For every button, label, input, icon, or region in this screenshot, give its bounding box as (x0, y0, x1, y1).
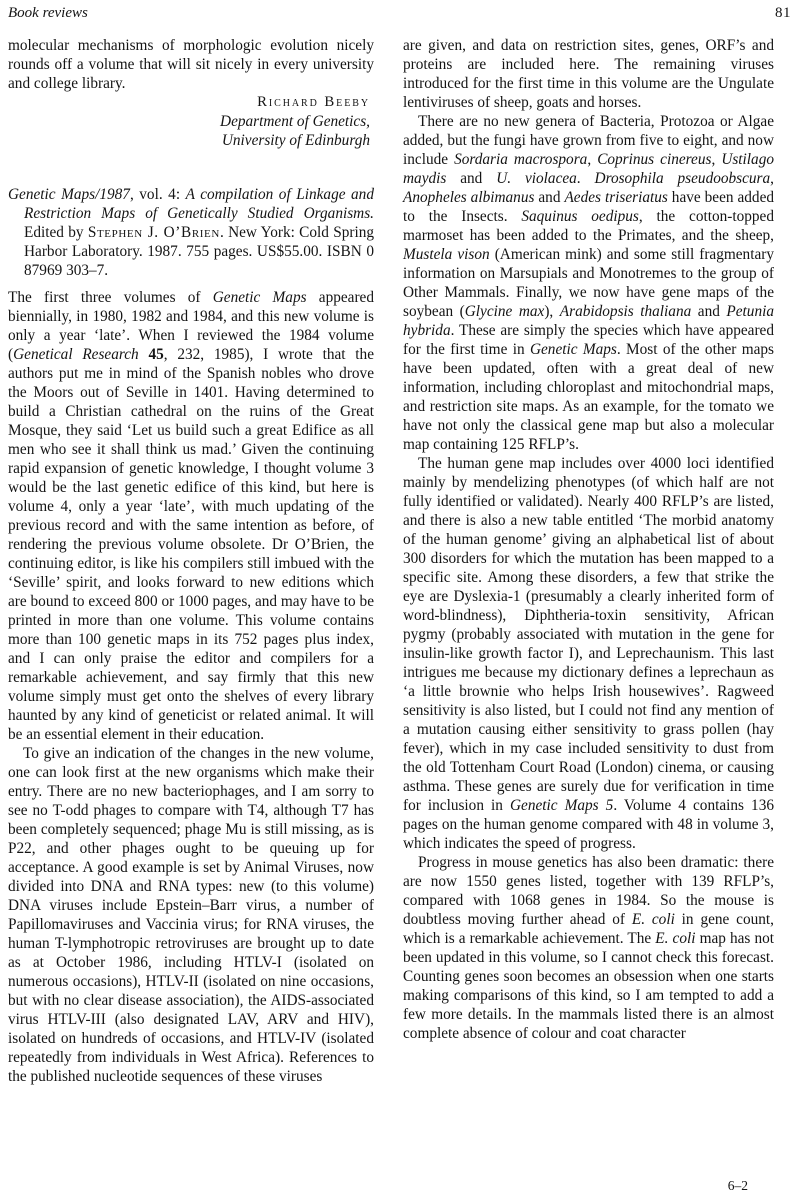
page-header: Book reviews 81 (8, 4, 791, 23)
right-column: are given, and data on restriction sites… (403, 36, 774, 1043)
book-citation: Genetic Maps/1987, vol. 4: A compilation… (8, 185, 374, 280)
reviewer-signature: Richard Beeby Department of Genetics, Un… (8, 93, 374, 150)
journal-page: Book reviews 81 molecular mechanisms of … (0, 0, 800, 1199)
review-paragraph-2-continued: are given, and data on restriction sites… (403, 36, 774, 112)
review-paragraph-5: Progress in mouse genetics has also been… (403, 853, 774, 1043)
review-paragraph-4: The human gene map includes over 4000 lo… (403, 454, 774, 853)
review-paragraph-1: The first three volumes of Genetic Maps … (8, 288, 374, 744)
page-footer: 6–2 (728, 1176, 748, 1195)
review-paragraph-2: To give an indication of the changes in … (8, 744, 374, 1086)
reviewer-university: University of Edinburgh (8, 131, 370, 150)
page-number: 81 (775, 4, 791, 23)
reviewer-name: Richard Beeby (8, 93, 370, 112)
continuation-paragraph: molecular mechanisms of morphologic evol… (8, 36, 374, 93)
signature-mark: 6–2 (728, 1178, 748, 1193)
review-paragraph-3: There are no new genera of Bacteria, Pro… (403, 112, 774, 454)
running-title: Book reviews (8, 4, 88, 23)
reviewer-department: Department of Genetics, (8, 112, 370, 131)
left-column: molecular mechanisms of morphologic evol… (8, 36, 374, 1086)
